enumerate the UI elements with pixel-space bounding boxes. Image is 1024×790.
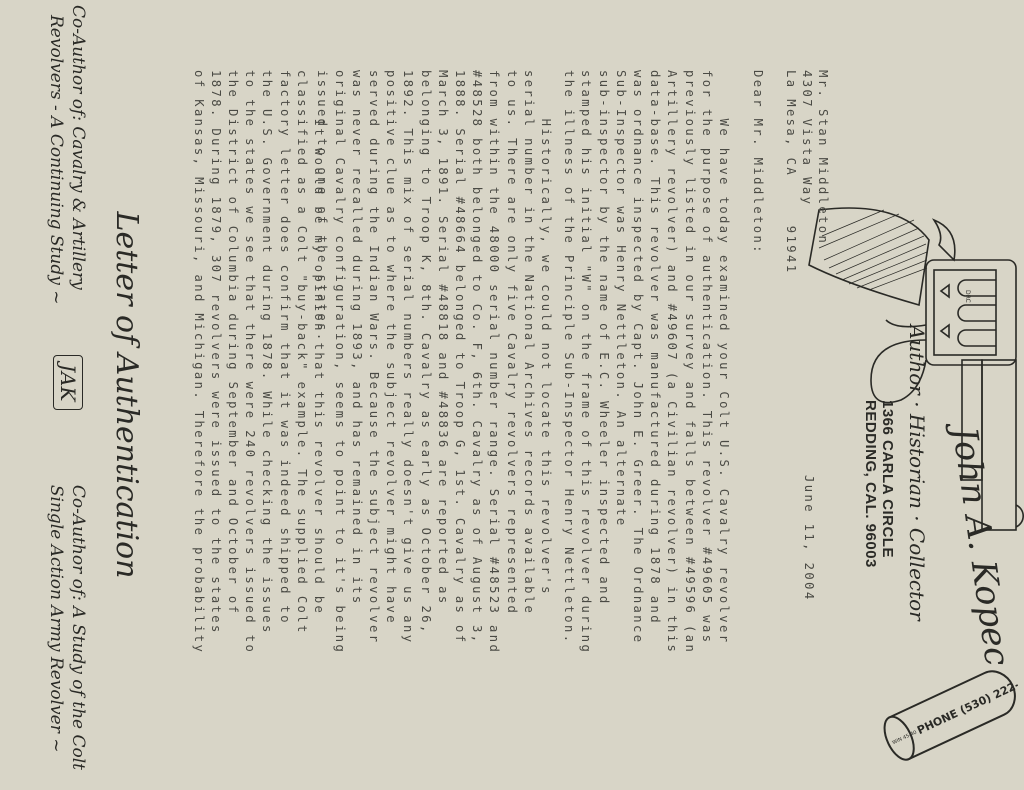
letter-date: June 11, 2004 — [802, 475, 816, 602]
letter-page: DRC John A. Kopec Author · Historian · C… — [0, 0, 1024, 790]
paragraph-line: positive clue as to where the subject re… — [382, 70, 399, 654]
paragraph-line: previously listed in our survey and fall… — [680, 70, 697, 654]
credit-left-line-1: Co-Author of: A Study of the Colt — [67, 485, 89, 770]
paragraph-3: It would be my opinion that this revolve… — [189, 70, 327, 654]
recipient-name: Mr. Stan Middleton — [815, 70, 831, 275]
paragraph-line: 1892. This mix of serial numbers really … — [399, 70, 416, 654]
letterhead-address: 1366 CARLA CIRCLE REDDING, CAL. 96003 — [862, 400, 896, 568]
paragraph-line: factory letter does confirm that it was … — [275, 70, 292, 654]
paragraph-line: was never recalled during 1893, and has … — [348, 70, 365, 654]
paragraph-line: for the purpose of authentication. This … — [698, 70, 715, 654]
credit-single-action-army: Co-Author of: A Study of the Colt Single… — [45, 485, 89, 770]
paragraph-line: data-base. This revolver was manufacture… — [646, 70, 663, 654]
paragraph-line: original Cavalry configuration, seems to… — [330, 70, 347, 654]
paragraph-line: 1888. Serial #48664 belonged to Troop G,… — [451, 70, 468, 654]
paragraph-1: We have today examined your Colt U.S. Ca… — [560, 70, 732, 654]
paragraph-line: It would be my opinion that this revolve… — [310, 70, 327, 654]
footer-credits: Co-Author of: Cavalry & Artillery Revolv… — [0, 0, 89, 790]
paragraph-line: served during the Indian Wars. Because t… — [365, 70, 382, 654]
paragraph-line: stamped his initial "W" on the frame of … — [577, 70, 594, 654]
paragraph-line: serial number in the National Archives r… — [520, 70, 537, 654]
credit-right-line-1: Co-Author of: Cavalry & Artillery — [67, 5, 89, 304]
paragraph-line: the U.S. Government during 1878. While c… — [258, 70, 275, 654]
salutation: Dear Mr. Middleton: — [751, 70, 765, 255]
credit-cavalry-artillery: Co-Author of: Cavalry & Artillery Revolv… — [45, 5, 89, 304]
paragraph-line: March 3, 1891. Serial #48818 and #48836 … — [434, 70, 451, 654]
address-line-1: 1366 CARLA CIRCLE — [879, 400, 896, 568]
paragraph-line: from within the 48000 serial number rang… — [485, 70, 502, 654]
paragraph-line: sub-inspector by the name of E.C. Wheele… — [594, 70, 611, 654]
recipient-city: La Mesa, CA 91941 — [783, 70, 799, 275]
paragraph-line: belonging to Troop K, 8th. Cavalry as ea… — [416, 70, 433, 654]
paragraph-line: the illness of the Principle Sub-Inspect… — [560, 70, 577, 654]
paragraph-2: Historically, we could not locate this r… — [313, 70, 554, 654]
address-line-2: REDDING, CAL. 96003 — [862, 400, 879, 568]
credit-left-line-2: Single Action Army Revolver ~ — [45, 485, 67, 770]
paragraph-line: We have today examined your Colt U.S. Ca… — [715, 70, 732, 654]
recipient-street: 4307 Vista Way — [799, 70, 815, 275]
credit-right-line-2: Revolvers - A Continuing Study ~ — [45, 5, 67, 304]
initials-box: JAK — [53, 355, 83, 410]
paragraph-line: to us. There are only five Cavalry revol… — [502, 70, 519, 654]
paragraph-line: Artillery revolver) and #49607 (a Civili… — [663, 70, 680, 654]
recipient-block: Mr. Stan Middleton 4307 Vista Way La Mes… — [783, 70, 831, 275]
paragraph-line: Historically, we could not locate this r… — [537, 70, 554, 654]
paragraph-line: 1878. During 1879, 307 revolvers were is… — [207, 70, 224, 654]
paragraph-line: to the states we see that there were 240… — [241, 70, 258, 654]
paragraph-line: #48528 both belonged to Co. F, 6th. Cava… — [468, 70, 485, 654]
paragraph-line: was ordnance inspected by Capt. John E. … — [629, 70, 646, 654]
revolver-marking: DRC — [964, 290, 971, 303]
paragraph-line: Sub-Inspector was Henry Nettleton. An al… — [612, 70, 629, 654]
letterhead-tagline: Author · Historian · Collector — [905, 325, 929, 621]
paragraph-line: classified as a Colt "buy-back" example.… — [293, 70, 310, 654]
paragraph-line: the District of Columbia during Septembe… — [224, 70, 241, 654]
letter-title: Letter of Authentication — [109, 0, 144, 790]
paragraph-line: of Kansas, Missouri, and Michigan. There… — [189, 70, 206, 654]
